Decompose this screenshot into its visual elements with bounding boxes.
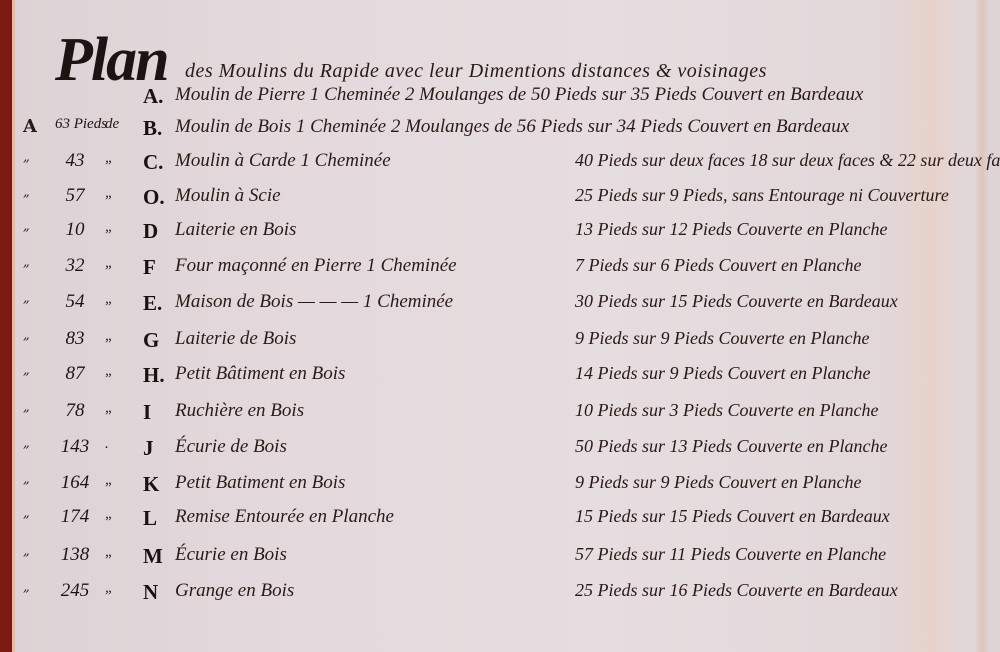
building-dimensions: 50 Pieds sur 13 Pieds Couverte en Planch…: [575, 436, 887, 457]
building-letter: F: [143, 255, 156, 280]
distance-value: 143: [45, 436, 105, 458]
building-letter: H.: [143, 363, 165, 388]
building-letter: A.: [143, 84, 163, 109]
distance-prefix: .: [105, 436, 109, 453]
distance-prefix: „: [105, 150, 113, 167]
list-item: „78„IRuchière en Bois10 Pieds sur 3 Pied…: [15, 400, 1000, 434]
ditto-mark: „: [23, 255, 30, 270]
distance-prefix: „: [105, 363, 113, 380]
list-item: „32„FFour maçonné en Pierre 1 Cheminée7 …: [15, 255, 1000, 289]
distance-value: 10: [45, 219, 105, 241]
distance-value: 63 Pieds: [51, 116, 111, 133]
list-item: „10„DLaiterie en Bois13 Pieds sur 12 Pie…: [15, 219, 1000, 253]
building-dimensions: 9 Pieds sur 9 Pieds Couvert en Planche: [575, 472, 861, 493]
ditto-mark: „: [23, 400, 30, 415]
list-item: „143.JÉcurie de Bois50 Pieds sur 13 Pied…: [15, 436, 1000, 470]
ditto-mark: „: [23, 363, 30, 378]
list-item: „164„KPetit Batiment en Bois9 Pieds sur …: [15, 472, 1000, 506]
list-item: „83„GLaiterie de Bois9 Pieds sur 9 Pieds…: [15, 328, 1000, 362]
building-dimensions: 40 Pieds sur deux faces 18 sur deux face…: [575, 150, 1000, 171]
distance-value: 32: [45, 255, 105, 277]
building-description: Moulin de Bois 1 Cheminée 2 Moulanges de…: [175, 116, 849, 138]
ditto-mark: „: [23, 506, 30, 521]
building-description: Moulin de Pierre 1 Cheminée 2 Moulanges …: [175, 84, 863, 106]
list-item: „57„O.Moulin à Scie25 Pieds sur 9 Pieds,…: [15, 185, 1000, 219]
distance-prefix: „: [105, 472, 113, 489]
ditto-mark: „: [23, 185, 30, 200]
distance-prefix: „: [105, 291, 113, 308]
building-letter: K: [143, 472, 159, 497]
building-description: Petit Batiment en Bois: [175, 472, 345, 494]
ditto-mark: „: [23, 436, 30, 451]
building-description: Petit Bâtiment en Bois: [175, 363, 345, 385]
manuscript-page: Plan des Moulins du Rapide avec leur Dim…: [12, 0, 1000, 652]
building-letter: G: [143, 328, 159, 353]
list-item: „245„NGrange en Bois25 Pieds sur 16 Pied…: [15, 580, 1000, 614]
distance-value: 83: [45, 328, 105, 350]
building-letter: I: [143, 400, 151, 425]
ditto-mark: „: [23, 472, 30, 487]
distance-prefix: „: [105, 328, 113, 345]
distance-prefix: „: [105, 185, 113, 202]
building-letter: M: [143, 544, 163, 569]
distance-value: 164: [45, 472, 105, 494]
building-description: Four maçonné en Pierre 1 Cheminée: [175, 255, 457, 277]
building-dimensions: 9 Pieds sur 9 Pieds Couverte en Planche: [575, 328, 869, 349]
ditto-mark: „: [23, 580, 30, 595]
ditto-mark: „: [23, 150, 30, 165]
distance-prefix: „: [105, 544, 113, 561]
building-letter: J: [143, 436, 154, 461]
ditto-mark: „: [23, 544, 30, 559]
distance-value: 138: [45, 544, 105, 566]
building-description: Maison de Bois — — — 1 Cheminée: [175, 291, 453, 313]
building-dimensions: 7 Pieds sur 6 Pieds Couvert en Planche: [575, 255, 861, 276]
building-description: Laiterie de Bois: [175, 328, 296, 350]
building-description: Grange en Bois: [175, 580, 294, 602]
building-letter: O.: [143, 185, 165, 210]
distance-value: 78: [45, 400, 105, 422]
list-item: „138„MÉcurie en Bois57 Pieds sur 11 Pied…: [15, 544, 1000, 578]
distance-value: 174: [45, 506, 105, 528]
distance-prefix: „: [105, 400, 113, 417]
ditto-mark: „: [23, 328, 30, 343]
title-text: des Moulins du Rapide avec leur Dimentio…: [185, 60, 767, 83]
building-dimensions: 25 Pieds sur 16 Pieds Couverte en Bardea…: [575, 580, 898, 601]
building-letter: D: [143, 219, 158, 244]
building-letter: B.: [143, 116, 162, 141]
building-description: Remise Entourée en Planche: [175, 506, 394, 528]
list-item: A.Moulin de Pierre 1 Cheminée 2 Moulange…: [15, 84, 1000, 118]
building-letter: C.: [143, 150, 163, 175]
building-dimensions: 10 Pieds sur 3 Pieds Couverte en Planche: [575, 400, 878, 421]
building-dimensions: 25 Pieds sur 9 Pieds, sans Entourage ni …: [575, 185, 949, 206]
list-item: „174„LRemise Entourée en Planche15 Pieds…: [15, 506, 1000, 540]
building-dimensions: 13 Pieds sur 12 Pieds Couverte en Planch…: [575, 219, 887, 240]
building-letter: L: [143, 506, 157, 531]
list-item: „43„C.Moulin à Carde 1 Cheminée40 Pieds …: [15, 150, 1000, 184]
building-description: Laiterie en Bois: [175, 219, 296, 241]
distance-value: 245: [45, 580, 105, 602]
distance-prefix: „: [105, 255, 113, 272]
building-letter: E.: [143, 291, 162, 316]
list-item: „54„E.Maison de Bois — — — 1 Cheminée30 …: [15, 291, 1000, 325]
ditto-mark: „: [23, 291, 30, 306]
list-item: A63 PiedsdeB.Moulin de Bois 1 Cheminée 2…: [15, 116, 1000, 150]
building-dimensions: 57 Pieds sur 11 Pieds Couverte en Planch…: [575, 544, 886, 565]
building-description: Moulin à Scie: [175, 185, 281, 207]
building-description: Écurie de Bois: [175, 436, 287, 458]
ditto-mark: A: [23, 116, 37, 137]
distance-value: 57: [45, 185, 105, 207]
ditto-mark: „: [23, 219, 30, 234]
distance-value: 54: [45, 291, 105, 313]
building-description: Écurie en Bois: [175, 544, 287, 566]
distance-value: 87: [45, 363, 105, 385]
distance-value: 43: [45, 150, 105, 172]
building-dimensions: 15 Pieds sur 15 Pieds Couvert en Bardeau…: [575, 506, 890, 527]
building-dimensions: 30 Pieds sur 15 Pieds Couverte en Bardea…: [575, 291, 898, 312]
distance-prefix: „: [105, 219, 113, 236]
distance-prefix: „: [105, 580, 113, 597]
building-letter: N: [143, 580, 158, 605]
building-description: Moulin à Carde 1 Cheminée: [175, 150, 391, 172]
building-dimensions: 14 Pieds sur 9 Pieds Couvert en Planche: [575, 363, 870, 384]
building-description: Ruchière en Bois: [175, 400, 304, 422]
list-item: „87„H.Petit Bâtiment en Bois14 Pieds sur…: [15, 363, 1000, 397]
distance-prefix: „: [105, 506, 113, 523]
distance-prefix: de: [105, 116, 119, 133]
